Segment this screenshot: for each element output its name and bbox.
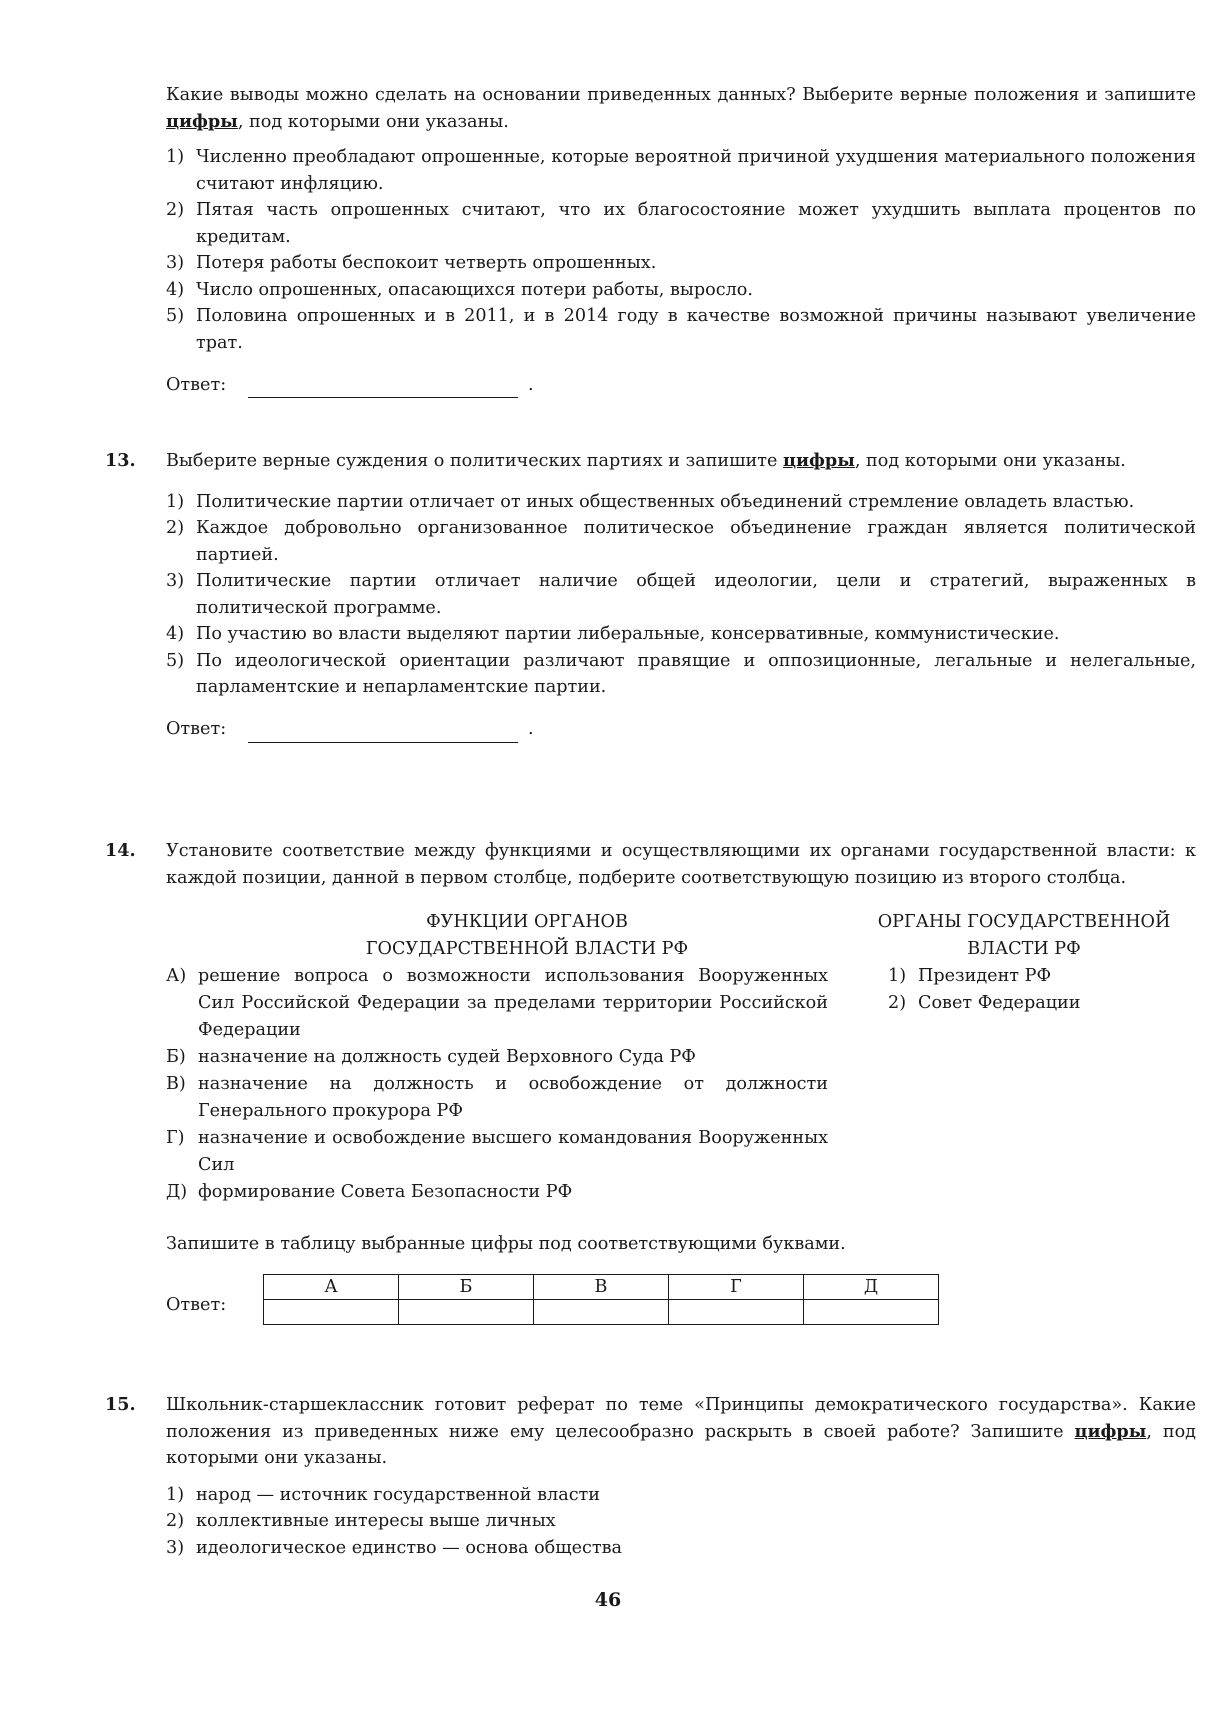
- functions-heading: ФУНКЦИИ ОРГАНОВ ГОСУДАРСТВЕННОЙ ВЛАСТИ Р…: [166, 909, 828, 963]
- answer-cell[interactable]: [669, 1299, 804, 1324]
- answer-table-row: Ответ: А Б В Г Д: [166, 1274, 1196, 1334]
- function-item: Г)назначение и освобождение высшего кома…: [166, 1125, 828, 1179]
- organs-heading: ОРГАНЫ ГОСУДАРСТВЕННОЙ ВЛАСТИ РФ: [844, 909, 1204, 963]
- functions-list: А)решение вопроса о возможности использо…: [166, 963, 828, 1206]
- option-item: 3)Политические партии отличает наличие о…: [166, 568, 1196, 621]
- question-number: 15.: [105, 1392, 136, 1419]
- organ-item: 2)Совет Федерации: [888, 990, 1204, 1017]
- option-item: 1)Политические партии отличает от иных о…: [166, 489, 1196, 516]
- header-cell: Д: [804, 1274, 939, 1299]
- answer-label: Ответ:: [166, 716, 248, 743]
- options-list: 1)Численно преобладают опрошенные, котор…: [166, 144, 1196, 356]
- page-number: 46: [0, 1587, 1216, 1614]
- document-page: Какие выводы можно сделать на основании …: [0, 0, 1216, 1712]
- option-item: 1)народ — источник государственной власт…: [166, 1482, 1196, 1509]
- option-item: 4)По участию во власти выделяют партии л…: [166, 621, 1196, 648]
- matching-columns: ФУНКЦИИ ОРГАНОВ ГОСУДАРСТВЕННОЙ ВЛАСТИ Р…: [166, 909, 1196, 1239]
- question-prompt: Установите соответствие между функциями …: [166, 838, 1196, 891]
- answer-cell[interactable]: [804, 1299, 939, 1324]
- option-item: 5)Половина опрошенных и в 2011, и в 2014…: [166, 303, 1196, 356]
- answer-label: Ответ:: [166, 1292, 226, 1319]
- options-list: 1)народ — источник государственной власт…: [166, 1482, 1196, 1562]
- question-prompt: Какие выводы можно сделать на основании …: [166, 82, 1196, 135]
- answer-field[interactable]: [248, 722, 518, 743]
- question-13: 13. Выберите верные суждения о политичес…: [166, 448, 1196, 743]
- question-prompt: Выберите верные суждения о политических …: [166, 448, 1196, 475]
- answer-cell[interactable]: [399, 1299, 534, 1324]
- function-item: Д)формирование Совета Безопасности РФ: [166, 1179, 828, 1206]
- answer-table: А Б В Г Д: [263, 1274, 939, 1325]
- question-number: 13.: [105, 448, 136, 475]
- answer-field[interactable]: [248, 377, 518, 398]
- option-item: 2)Пятая часть опрошенных считают, что их…: [166, 197, 1196, 250]
- function-item: Б)назначение на должность судей Верховно…: [166, 1044, 828, 1071]
- header-cell: В: [534, 1274, 669, 1299]
- option-item: 3)Потеря работы беспокоит четверть опрош…: [166, 250, 1196, 277]
- answer-cell[interactable]: [264, 1299, 399, 1324]
- header-cell: Г: [669, 1274, 804, 1299]
- question-number: 14.: [105, 838, 136, 865]
- emphasis-digits: цифры: [166, 111, 238, 132]
- option-item: 4)Число опрошенных, опасающихся потери р…: [166, 277, 1196, 304]
- emphasis-digits: цифры: [783, 450, 855, 471]
- organ-item: 1)Президент РФ: [888, 963, 1204, 990]
- functions-column: ФУНКЦИИ ОРГАНОВ ГОСУДАРСТВЕННОЙ ВЛАСТИ Р…: [166, 909, 828, 1206]
- answer-cell[interactable]: [534, 1299, 669, 1324]
- answer-label: Ответ:: [166, 372, 248, 399]
- header-cell: Б: [399, 1274, 534, 1299]
- emphasis-digits: цифры: [1074, 1421, 1146, 1442]
- function-item: В)назначение на должность и освобождение…: [166, 1071, 828, 1125]
- answer-row: Ответ: .: [166, 370, 1196, 398]
- answer-table-header: А Б В Г Д: [264, 1274, 939, 1299]
- answer-table-values: [264, 1299, 939, 1324]
- options-list: 1)Политические партии отличает от иных о…: [166, 489, 1196, 701]
- question-12-continuation: Какие выводы можно сделать на основании …: [166, 82, 1196, 398]
- option-item: 5)По идеологической ориентации различают…: [166, 648, 1196, 701]
- organs-list: 1)Президент РФ 2)Совет Федерации: [844, 963, 1204, 1016]
- option-item: 2)Каждое добровольно организованное поли…: [166, 515, 1196, 568]
- answer-row: Ответ: .: [166, 715, 1196, 743]
- function-item: А)решение вопроса о возможности использо…: [166, 963, 828, 1044]
- option-item: 3)идеологическое единство — основа общес…: [166, 1535, 1196, 1562]
- option-item: 1)Численно преобладают опрошенные, котор…: [166, 144, 1196, 197]
- question-15: 15. Школьник-старшеклассник готовит рефе…: [166, 1392, 1196, 1561]
- question-prompt: Школьник-старшеклассник готовит реферат …: [166, 1392, 1196, 1472]
- organs-column: ОРГАНЫ ГОСУДАРСТВЕННОЙ ВЛАСТИ РФ 1)Прези…: [844, 909, 1204, 1016]
- question-14: 14. Установите соответствие между функци…: [166, 838, 1196, 1334]
- option-item: 2)коллективные интересы выше личных: [166, 1508, 1196, 1535]
- header-cell: А: [264, 1274, 399, 1299]
